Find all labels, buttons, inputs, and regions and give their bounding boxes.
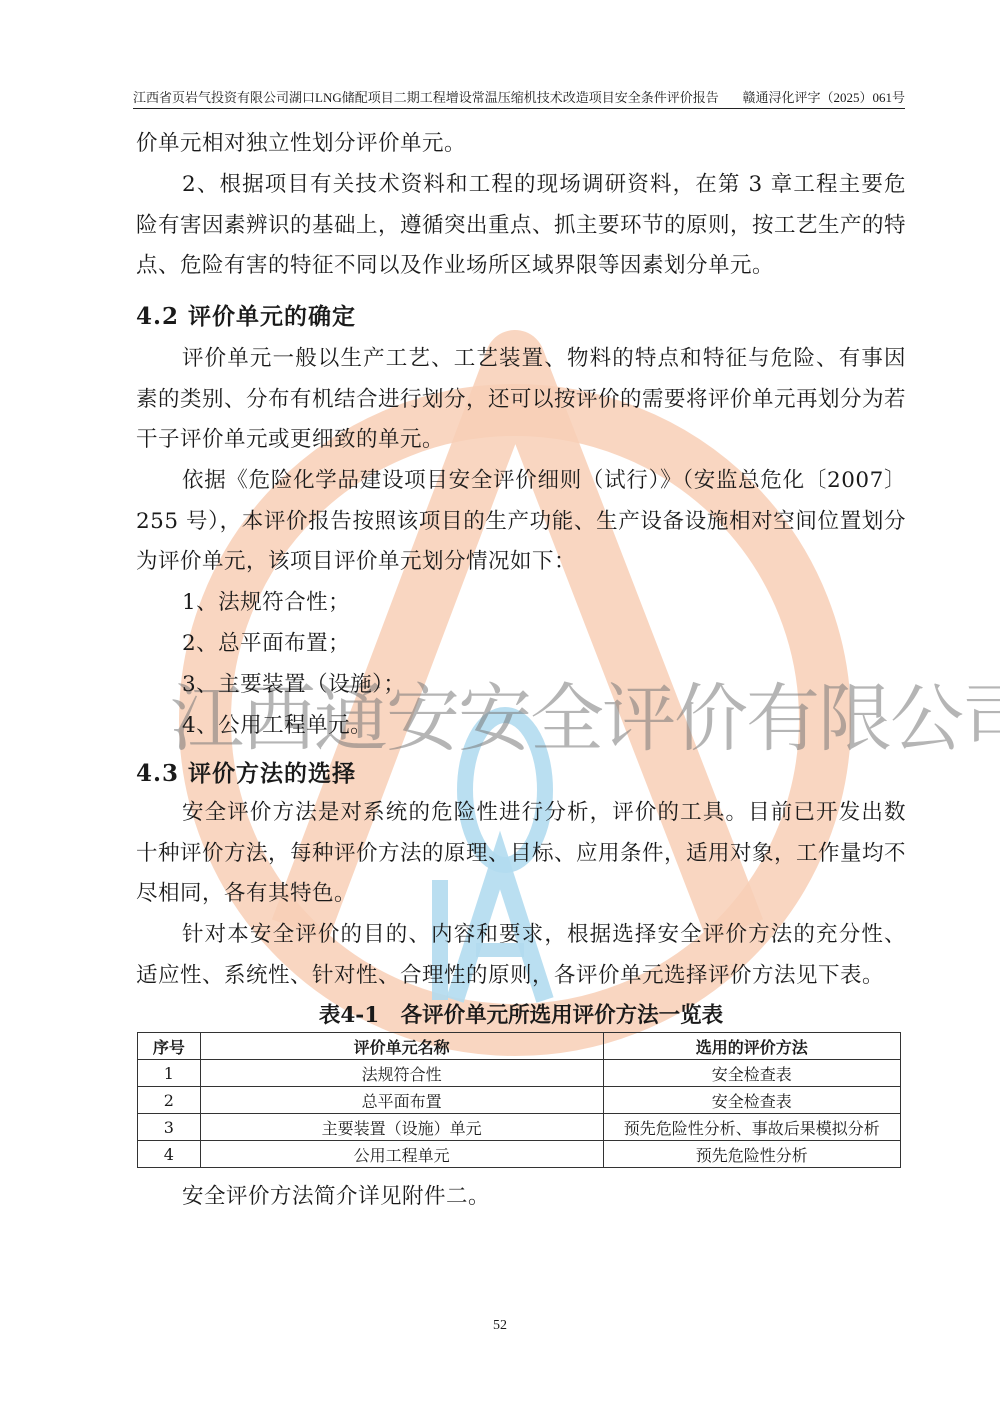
table-row: 3 主要装置（设施）单元 预先危险性分析、事故后果模拟分析 [138,1114,901,1141]
table-cell: 预先危险性分析 [603,1141,900,1168]
column-header: 序号 [138,1033,201,1060]
list-item: 2、总平面布置； [182,626,350,657]
column-header: 评价单元名称 [200,1033,603,1060]
list-item: 3、主要装置（设施）； [182,667,405,698]
paragraph-basis: 依据《危险化学品建设项目安全评价细则（试行）》（安监总危化〔2007〕255 号… [136,461,906,583]
section-heading-4-3: 4.3 评价方法的选择 [136,755,356,788]
page-number: 52 [0,1318,1000,1334]
paragraph-appendix-note: 安全评价方法简介详见附件二。 [136,1177,906,1218]
table-row: 4 公用工程单元 预先危险性分析 [138,1141,901,1168]
table-cell: 公用工程单元 [200,1141,603,1168]
section-heading-4-2: 4.2 评价单元的确定 [136,298,356,331]
list-item: 1、法规符合性； [182,585,350,616]
paragraph-method-intro: 安全评价方法是对系统的危险性进行分析，评价的工具。目前已开发出数十种评价方法，每… [136,793,906,915]
paragraph-method-selection: 针对本安全评价的目的、内容和要求，根据选择安全评价方法的充分性、适应性、系统性、… [136,915,906,996]
table-cell: 法规符合性 [200,1060,603,1087]
document-page: 江西通安安全评价有限公司 江西省页岩气投资有限公司湖口LNG储配项目二期工程增设… [0,0,1000,1414]
table-row: 2 总平面布置 安全检查表 [138,1087,901,1114]
table-cell: 安全检查表 [603,1087,900,1114]
header-title: 江西省页岩气投资有限公司湖口LNG储配项目二期工程增设常温压缩机技术改造项目安全… [133,87,719,106]
table-cell: 2 [138,1087,201,1114]
table-cell: 1 [138,1060,201,1087]
table-cell: 总平面布置 [200,1087,603,1114]
table-cell: 安全检查表 [603,1060,900,1087]
table-cell: 主要装置（设施）单元 [200,1114,603,1141]
list-item: 4、公用工程单元。 [182,708,372,739]
paragraph-unit-division-2: 2、根据项目有关技术资料和工程的现场调研资料，在第 3 章工程主要危险有害因素辨… [136,165,906,287]
evaluation-methods-table: 序号 评价单元名称 选用的评价方法 1 法规符合性 安全检查表 2 总平面布置 … [137,1032,901,1168]
table-header-row: 序号 评价单元名称 选用的评价方法 [138,1033,901,1060]
table-row: 1 法规符合性 安全检查表 [138,1060,901,1087]
header-doc-number: 赣通浔化评字（2025）061号 [742,87,905,106]
running-header: 江西省页岩气投资有限公司湖口LNG储配项目二期工程增设常温压缩机技术改造项目安全… [133,84,905,109]
paragraph-continued: 价单元相对独立性划分评价单元。 [136,124,906,165]
table-cell: 3 [138,1114,201,1141]
table-cell: 预先危险性分析、事故后果模拟分析 [603,1114,900,1141]
paragraph-unit-definition: 评价单元一般以生产工艺、工艺装置、物料的特点和特征与危险、有事因素的类别、分布有… [136,339,906,461]
column-header: 选用的评价方法 [603,1033,900,1060]
table-caption: 表4-1 各评价单元所选用评价方法一览表 [136,998,906,1029]
table-cell: 4 [138,1141,201,1168]
